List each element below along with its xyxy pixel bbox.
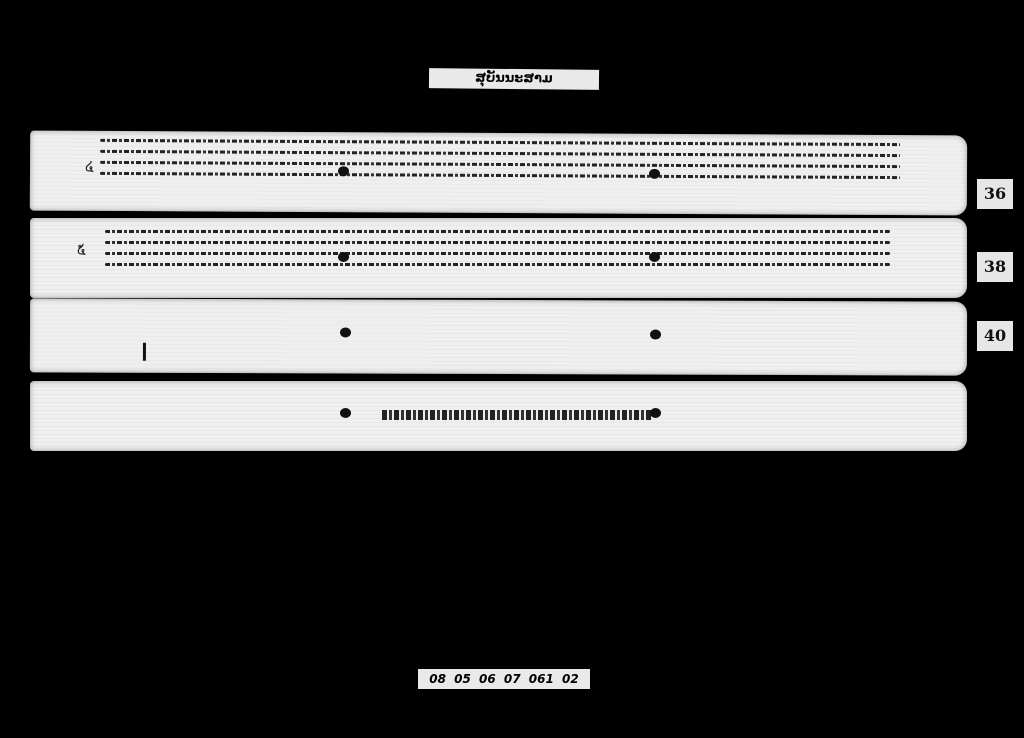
string-hole: [650, 330, 661, 340]
page-mark: ໔: [85, 159, 94, 175]
palm-leaf-1: ໔: [30, 131, 967, 216]
leaf-text: [105, 230, 890, 274]
string-hole: [340, 408, 351, 418]
frame-number: 38: [977, 252, 1013, 282]
string-hole: [649, 252, 660, 262]
frame-number: 36: [977, 179, 1013, 209]
palm-leaf-4: [30, 381, 967, 451]
string-hole: [649, 169, 660, 179]
string-hole: [650, 408, 661, 418]
string-hole: [338, 252, 349, 262]
palm-leaf-2: ໕: [30, 218, 967, 298]
film-id-label: 08 05 06 07 061 02: [418, 669, 590, 689]
string-hole: [340, 327, 351, 337]
frame-number: 40: [977, 321, 1013, 351]
manuscript-title-label: ສຸບັນນະສາມ: [429, 68, 599, 90]
leaf-text: [100, 139, 900, 187]
string-hole: [338, 166, 349, 176]
colophon-line: [382, 410, 652, 420]
palm-leaf-3: [30, 298, 967, 375]
ink-mark: [143, 343, 146, 361]
page-mark: ໕: [77, 242, 86, 258]
